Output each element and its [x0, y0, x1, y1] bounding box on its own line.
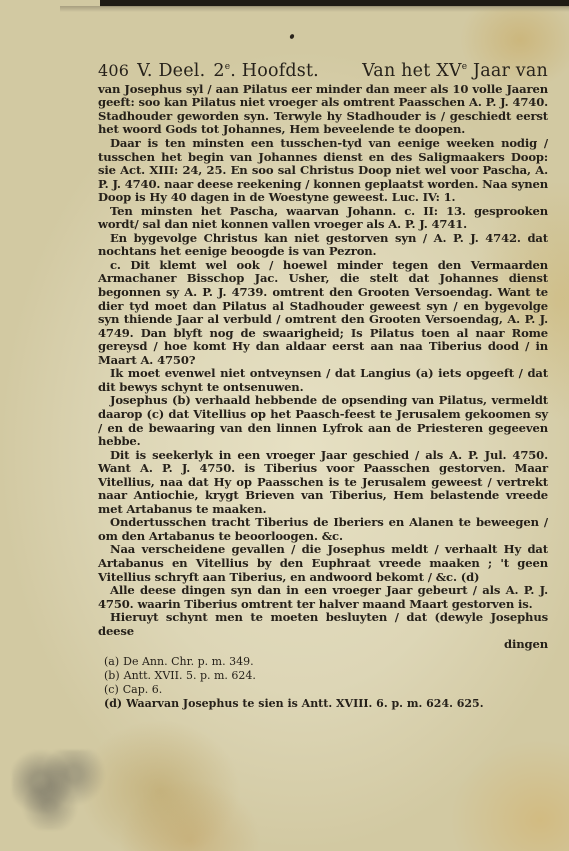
footnote-c: (c)Cap. 6.	[104, 683, 548, 697]
footnote-b: (b)Antt. XVII. 5. p. m. 624.	[104, 669, 548, 683]
catchword: dingen	[98, 638, 548, 651]
body-text: van Josephus syl / aan Pilatus eer minde…	[98, 83, 548, 651]
footnote-text: Cap. 6.	[123, 683, 163, 696]
paragraph: Ten minsten het Pascha, waarvan Johann. …	[98, 205, 548, 232]
scanned-book-page: 406 V. Deel. 2e. Hoofdst. Van het XVe Ja…	[0, 0, 569, 851]
running-title: Van het XVe Jaar van	[362, 56, 548, 82]
paragraph: van Josephus syl / aan Pilatus eer minde…	[98, 83, 548, 137]
paragraph: Ondertusschen tracht Tiberius de Iberier…	[98, 516, 548, 543]
paragraph: Hieruyt schynt men te moeten besluyten /…	[98, 611, 548, 638]
text-block: 406 V. Deel. 2e. Hoofdst. Van het XVe Ja…	[98, 56, 548, 711]
footnote-mark: (a)	[104, 655, 119, 668]
footnote-text: De Ann. Chr. p. m. 349.	[123, 655, 253, 668]
paragraph: Dit is seekerlyk in een vroeger Jaar ges…	[98, 449, 548, 517]
chapter-number: 2	[213, 61, 224, 81]
paragraph: Ik moet evenwel niet ontveynsen / dat La…	[98, 367, 548, 394]
paragraph: Naa verscheidene gevallen / die Josephus…	[98, 543, 548, 584]
part-label: V. Deel.	[137, 60, 205, 82]
paragraph: Daar is ten minsten een tusschen-tyd van…	[98, 137, 548, 205]
page-number: 406	[98, 60, 129, 82]
running-title-start: Van het XV	[362, 61, 462, 81]
footnote-mark: (c)	[104, 683, 119, 696]
paragraph: Josephus (b) verhaald hebbende de opsend…	[98, 394, 548, 448]
chapter-word: . Hoofdst.	[230, 61, 319, 81]
footnote-text: Antt. XVII. 5. p. m. 624.	[124, 669, 256, 682]
foxing-stain	[12, 750, 107, 830]
running-head: 406 V. Deel. 2e. Hoofdst. Van het XVe Ja…	[98, 56, 548, 82]
paragraph: Alle deese dingen syn dan in een vroeger…	[98, 584, 548, 611]
chapter-label: 2e. Hoofdst.	[213, 56, 319, 82]
page-fold-shadow	[60, 6, 569, 12]
footnote-mark: (b)	[104, 669, 120, 682]
footnote-text: Waarvan Josephus te sien is Antt. XVIII.…	[126, 697, 483, 710]
ink-speck	[289, 33, 295, 39]
paragraph: c. Dit klemt wel ook / hoewel minder teg…	[98, 259, 548, 367]
running-title-end: Jaar van	[467, 61, 548, 81]
footnote-d: (d)Waarvan Josephus te sien is Antt. XVI…	[104, 697, 548, 711]
paragraph: En bygevolge Christus kan niet gestorven…	[98, 232, 548, 259]
footnote-mark: (d)	[104, 697, 122, 710]
footnotes: (a)De Ann. Chr. p. m. 349. (b)Antt. XVII…	[98, 655, 548, 711]
footnote-a: (a)De Ann. Chr. p. m. 349.	[104, 655, 548, 669]
